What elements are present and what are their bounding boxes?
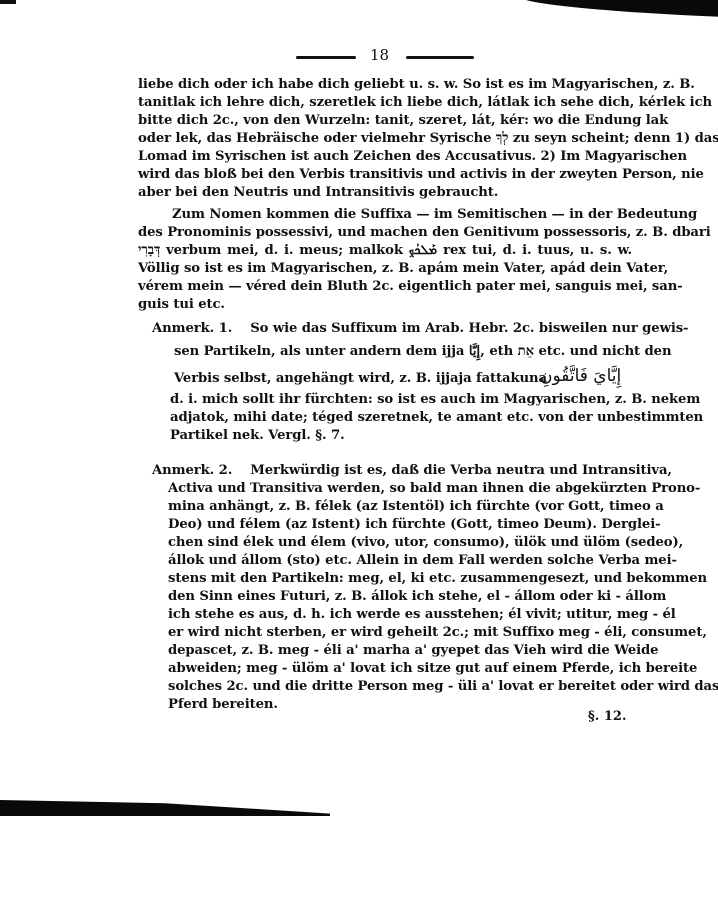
text-line: vérem mein — véred dein Bluth 2c. eigent… <box>138 278 632 296</box>
page-header: 18 <box>0 46 718 66</box>
text-line: solches 2c. und die dritte Person meg - … <box>168 678 632 696</box>
text-line: ich stehe es aus, d. h. ich werde es aus… <box>168 606 632 624</box>
text-line: Activa und Transitiva werden, so bald ma… <box>168 480 632 498</box>
text-line: chen sind élek und élem (vivo, utor, con… <box>168 534 632 552</box>
text-line: stens mit den Partikeln: meg, el, ki etc… <box>168 570 632 588</box>
header-rule-left <box>296 56 356 59</box>
text-line: aber bei den Neutris und Intransitivis g… <box>138 184 632 202</box>
remark-2-first-line: Anmerk. 2. Merkwürdig ist es, daß die Ve… <box>152 462 632 480</box>
text-line: depascet, z. B. meg - éli a' marha a' gy… <box>168 642 632 660</box>
remark-label: Anmerk. 2. <box>152 462 232 480</box>
text-line: Völlig so ist es im Magyarischen, z. B. … <box>138 260 632 278</box>
text-line: Merkwürdig ist es, daß die Verba neutra … <box>250 462 672 480</box>
text-line: Partikel nek. Vergl. §. 7. <box>170 427 632 445</box>
remark-label: Anmerk. 1. <box>152 320 232 338</box>
text-line: Lomad im Syrischen ist auch Zeichen des … <box>138 148 632 166</box>
page-number: 18 <box>370 46 389 64</box>
catchword: §. 12. <box>588 709 626 724</box>
arabic-phrase: إِيَّايَ فَاتَّقُونِ <box>540 366 621 386</box>
text-line: adjatok, mihi date; téged szeretnek, te … <box>170 409 632 427</box>
scan-artifact-bottom-left <box>0 800 330 816</box>
text-line: Pferd bereiten. <box>168 696 632 714</box>
text-line: mina anhängt, z. B. félek (az Istentöl) … <box>168 498 632 516</box>
text-line: Verbis selbst, angehängt wird, z. B. ijj… <box>174 370 474 388</box>
text-line: des Pronominis possessivi, und machen de… <box>138 224 632 242</box>
text-line: Deo) und félem (az Istent) ich fürchte (… <box>168 516 632 534</box>
text-line: tanitlak ich lehre dich, szeretlek ich l… <box>138 94 632 112</box>
text-line: Zum Nomen kommen die Suffixa — im Semiti… <box>172 206 632 224</box>
text-line: guis tui etc. <box>138 296 632 314</box>
text-line: d. i. mich sollt ihr fürchten: so ist es… <box>170 391 632 409</box>
text-line: So wie das Suffixum im Arab. Hebr. 2c. b… <box>250 320 688 338</box>
text-line: den Sinn eines Futuri, z. B. állok ich s… <box>168 588 632 606</box>
scan-artifact-top-left <box>0 0 16 4</box>
text-line: wird das bloß bei den Verbis transitivis… <box>138 166 632 184</box>
text-line: abweiden; meg - ülöm a' lovat ich sitze … <box>168 660 632 678</box>
text-line: sen Partikeln, als unter andern dem ijja… <box>174 343 632 361</box>
text-line: דְּבָרִי verbum mei, d. i. meus; malkok … <box>138 242 632 260</box>
remark-1-first-line: Anmerk. 1. So wie das Suffixum im Arab. … <box>152 320 632 338</box>
text-line: liebe dich oder ich habe dich geliebt u.… <box>138 76 632 94</box>
text-line: bitte dich 2c., von den Wurzeln: tanit, … <box>138 112 632 130</box>
text-line: állok und állom (sto) etc. Allein in dem… <box>168 552 632 570</box>
scan-artifact-top-right <box>520 0 718 18</box>
header-rule-right <box>406 56 474 59</box>
text-line: oder lek, das Hebräische oder vielmehr S… <box>138 130 632 148</box>
text-line: er wird nicht sterben, er wird geheilt 2… <box>168 624 632 642</box>
